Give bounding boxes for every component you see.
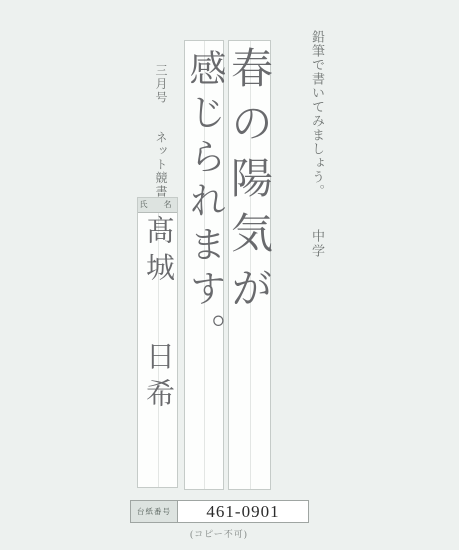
handwritten-name: 髙城 日希 [137, 215, 178, 415]
name-header-label: 氏 名 [138, 198, 177, 213]
board-number-table: 台紙番号 461-0901 [130, 500, 309, 523]
name-line-1: 髙城 [142, 215, 174, 289]
handwriting-left: 感じられます。 [184, 49, 224, 357]
name-line-2: 日希 [142, 341, 174, 415]
board-number-value: 461-0901 [206, 502, 279, 522]
board-number-label: 台紙番号 [137, 506, 171, 517]
board-number-label-cell: 台紙番号 [131, 501, 178, 522]
practice-sheet: 鉛筆で書いてみましょう。 中学 三月号 ネット競書 春の陽気が 感じられます。 … [0, 0, 459, 550]
grade-label: 中学 [310, 229, 325, 259]
practice-column-right: 春の陽気が [228, 40, 271, 490]
copy-notice: (コピー不可) [130, 527, 308, 540]
event-label: ネット競書 [154, 131, 168, 199]
instruction-text-block: 鉛筆で書いてみましょう。 中学 [308, 30, 326, 259]
board-number-value-cell: 461-0901 [178, 501, 308, 522]
practice-column-left: 感じられます。 [184, 40, 224, 490]
issue-text-block: 三月号 ネット競書 [152, 64, 170, 199]
issue-label: 三月号 [154, 64, 168, 105]
handwriting-right: 春の陽気が [228, 46, 271, 321]
instruction-text: 鉛筆で書いてみましょう。 [310, 30, 325, 198]
name-column: 氏 名 髙城 日希 [137, 197, 178, 488]
